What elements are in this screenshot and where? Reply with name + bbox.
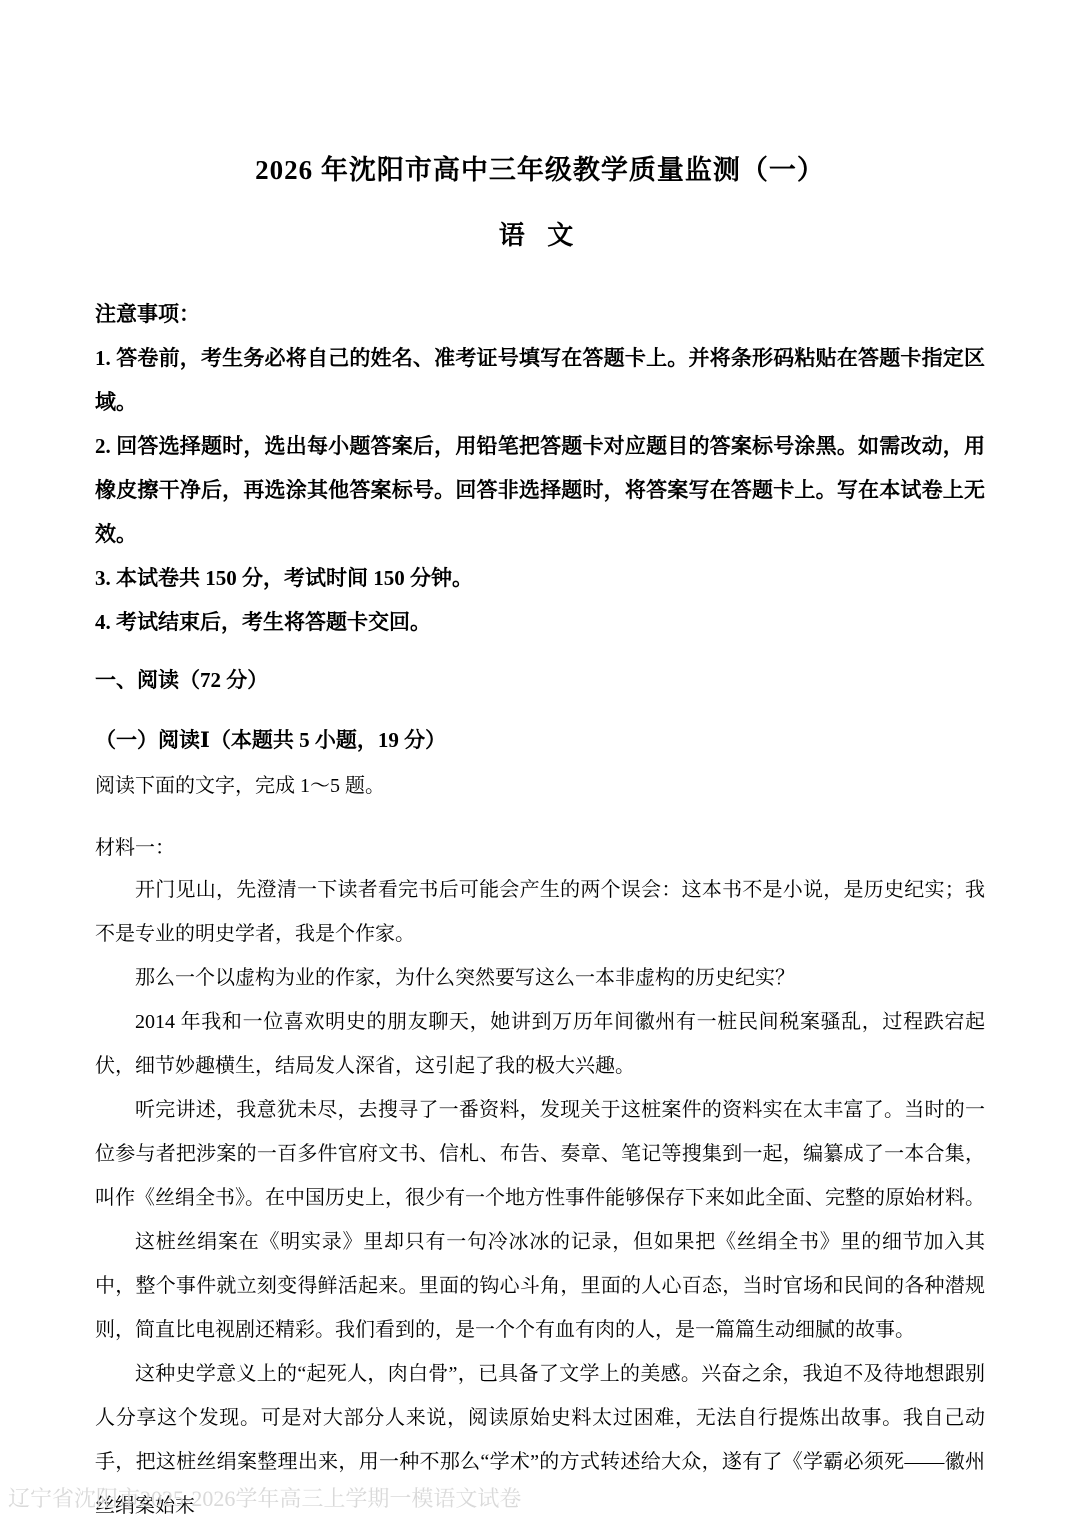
- material-one-label: 材料一：: [95, 828, 985, 868]
- section-heading-reading: 一、阅读（72 分）: [95, 658, 985, 702]
- reading-instruction: 阅读下面的文字，完成 1～5 题。: [95, 764, 985, 808]
- material-paragraph-4: 听完讲述，我意犹未尽，去搜寻了一番资料，发现关于这桩案件的资料实在太丰富了。当时…: [95, 1088, 985, 1220]
- notice-item-2: 2. 回答选择题时，选出每小题答案后，用铅笔把答题卡对应题目的答案标号涂黑。如需…: [95, 424, 985, 556]
- material-paragraph-1: 开门见山，先澄清一下读者看完书后可能会产生的两个误会：这本书不是小说，是历史纪实…: [95, 868, 985, 956]
- page-content: 2026 年沈阳市高中三年级教学质量监测（一） 语 文 注意事项： 1. 答卷前…: [95, 0, 985, 1527]
- exam-title: 2026 年沈阳市高中三年级教学质量监测（一）: [95, 150, 985, 190]
- subsection-heading-reading-1: （一）阅读Ⅰ（本题共 5 小题，19 分）: [95, 718, 985, 762]
- notice-item-3: 3. 本试卷共 150 分，考试时间 150 分钟。: [95, 556, 985, 600]
- subject-title: 语 文: [95, 216, 985, 256]
- notice-item-4: 4. 考试结束后，考生将答题卡交回。: [95, 600, 985, 644]
- notice-item-1: 1. 答卷前，考生务必将自己的姓名、准考证号填写在答题卡上。并将条形码粘贴在答题…: [95, 336, 985, 424]
- footer-watermark: 辽宁省沈阳市2025-2026学年高三上学期一模语文试卷: [8, 1486, 521, 1512]
- reading-section: 一、阅读（72 分） （一）阅读Ⅰ（本题共 5 小题，19 分） 阅读下面的文字…: [95, 658, 985, 1527]
- material-paragraph-2: 那么一个以虚构为业的作家，为什么突然要写这么一本非虚构的历史纪实？: [95, 956, 985, 1000]
- notice-heading: 注意事项：: [95, 292, 985, 336]
- notice-section: 注意事项： 1. 答卷前，考生务必将自己的姓名、准考证号填写在答题卡上。并将条形…: [95, 292, 985, 644]
- exam-paper-page: 2026 年沈阳市高中三年级教学质量监测（一） 语 文 注意事项： 1. 答卷前…: [0, 0, 1080, 1527]
- material-one-body: 开门见山，先澄清一下读者看完书后可能会产生的两个误会：这本书不是小说，是历史纪实…: [95, 868, 985, 1527]
- material-paragraph-3: 2014 年我和一位喜欢明史的朋友聊天，她讲到万历年间徽州有一桩民间税案骚乱，过…: [95, 1000, 985, 1088]
- material-paragraph-5: 这桩丝绢案在《明实录》里却只有一句冷冰冰的记录，但如果把《丝绢全书》里的细节加入…: [95, 1220, 985, 1352]
